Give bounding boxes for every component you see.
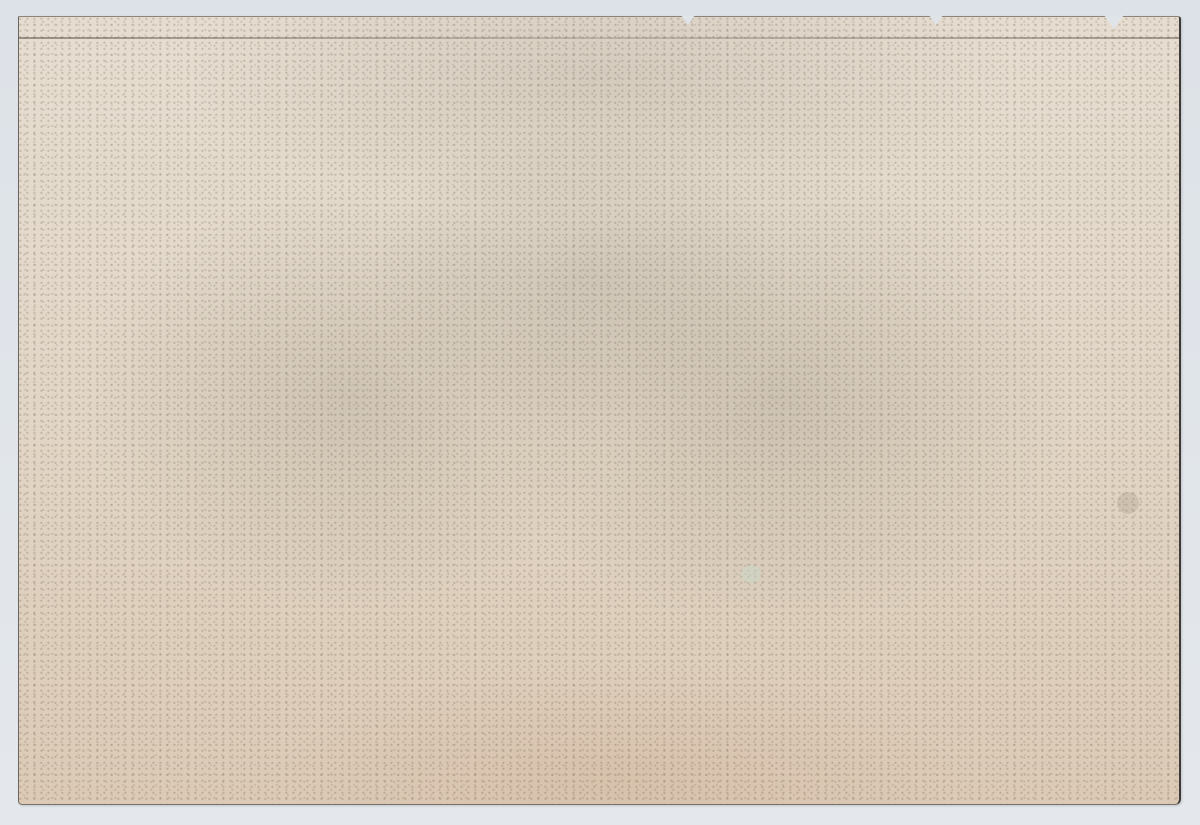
top-fold-line bbox=[19, 37, 1179, 39]
show-through-texture bbox=[19, 17, 1179, 804]
stain-spot bbox=[1117, 492, 1139, 514]
stain-spot bbox=[741, 565, 761, 583]
paper-sheet bbox=[18, 16, 1181, 805]
